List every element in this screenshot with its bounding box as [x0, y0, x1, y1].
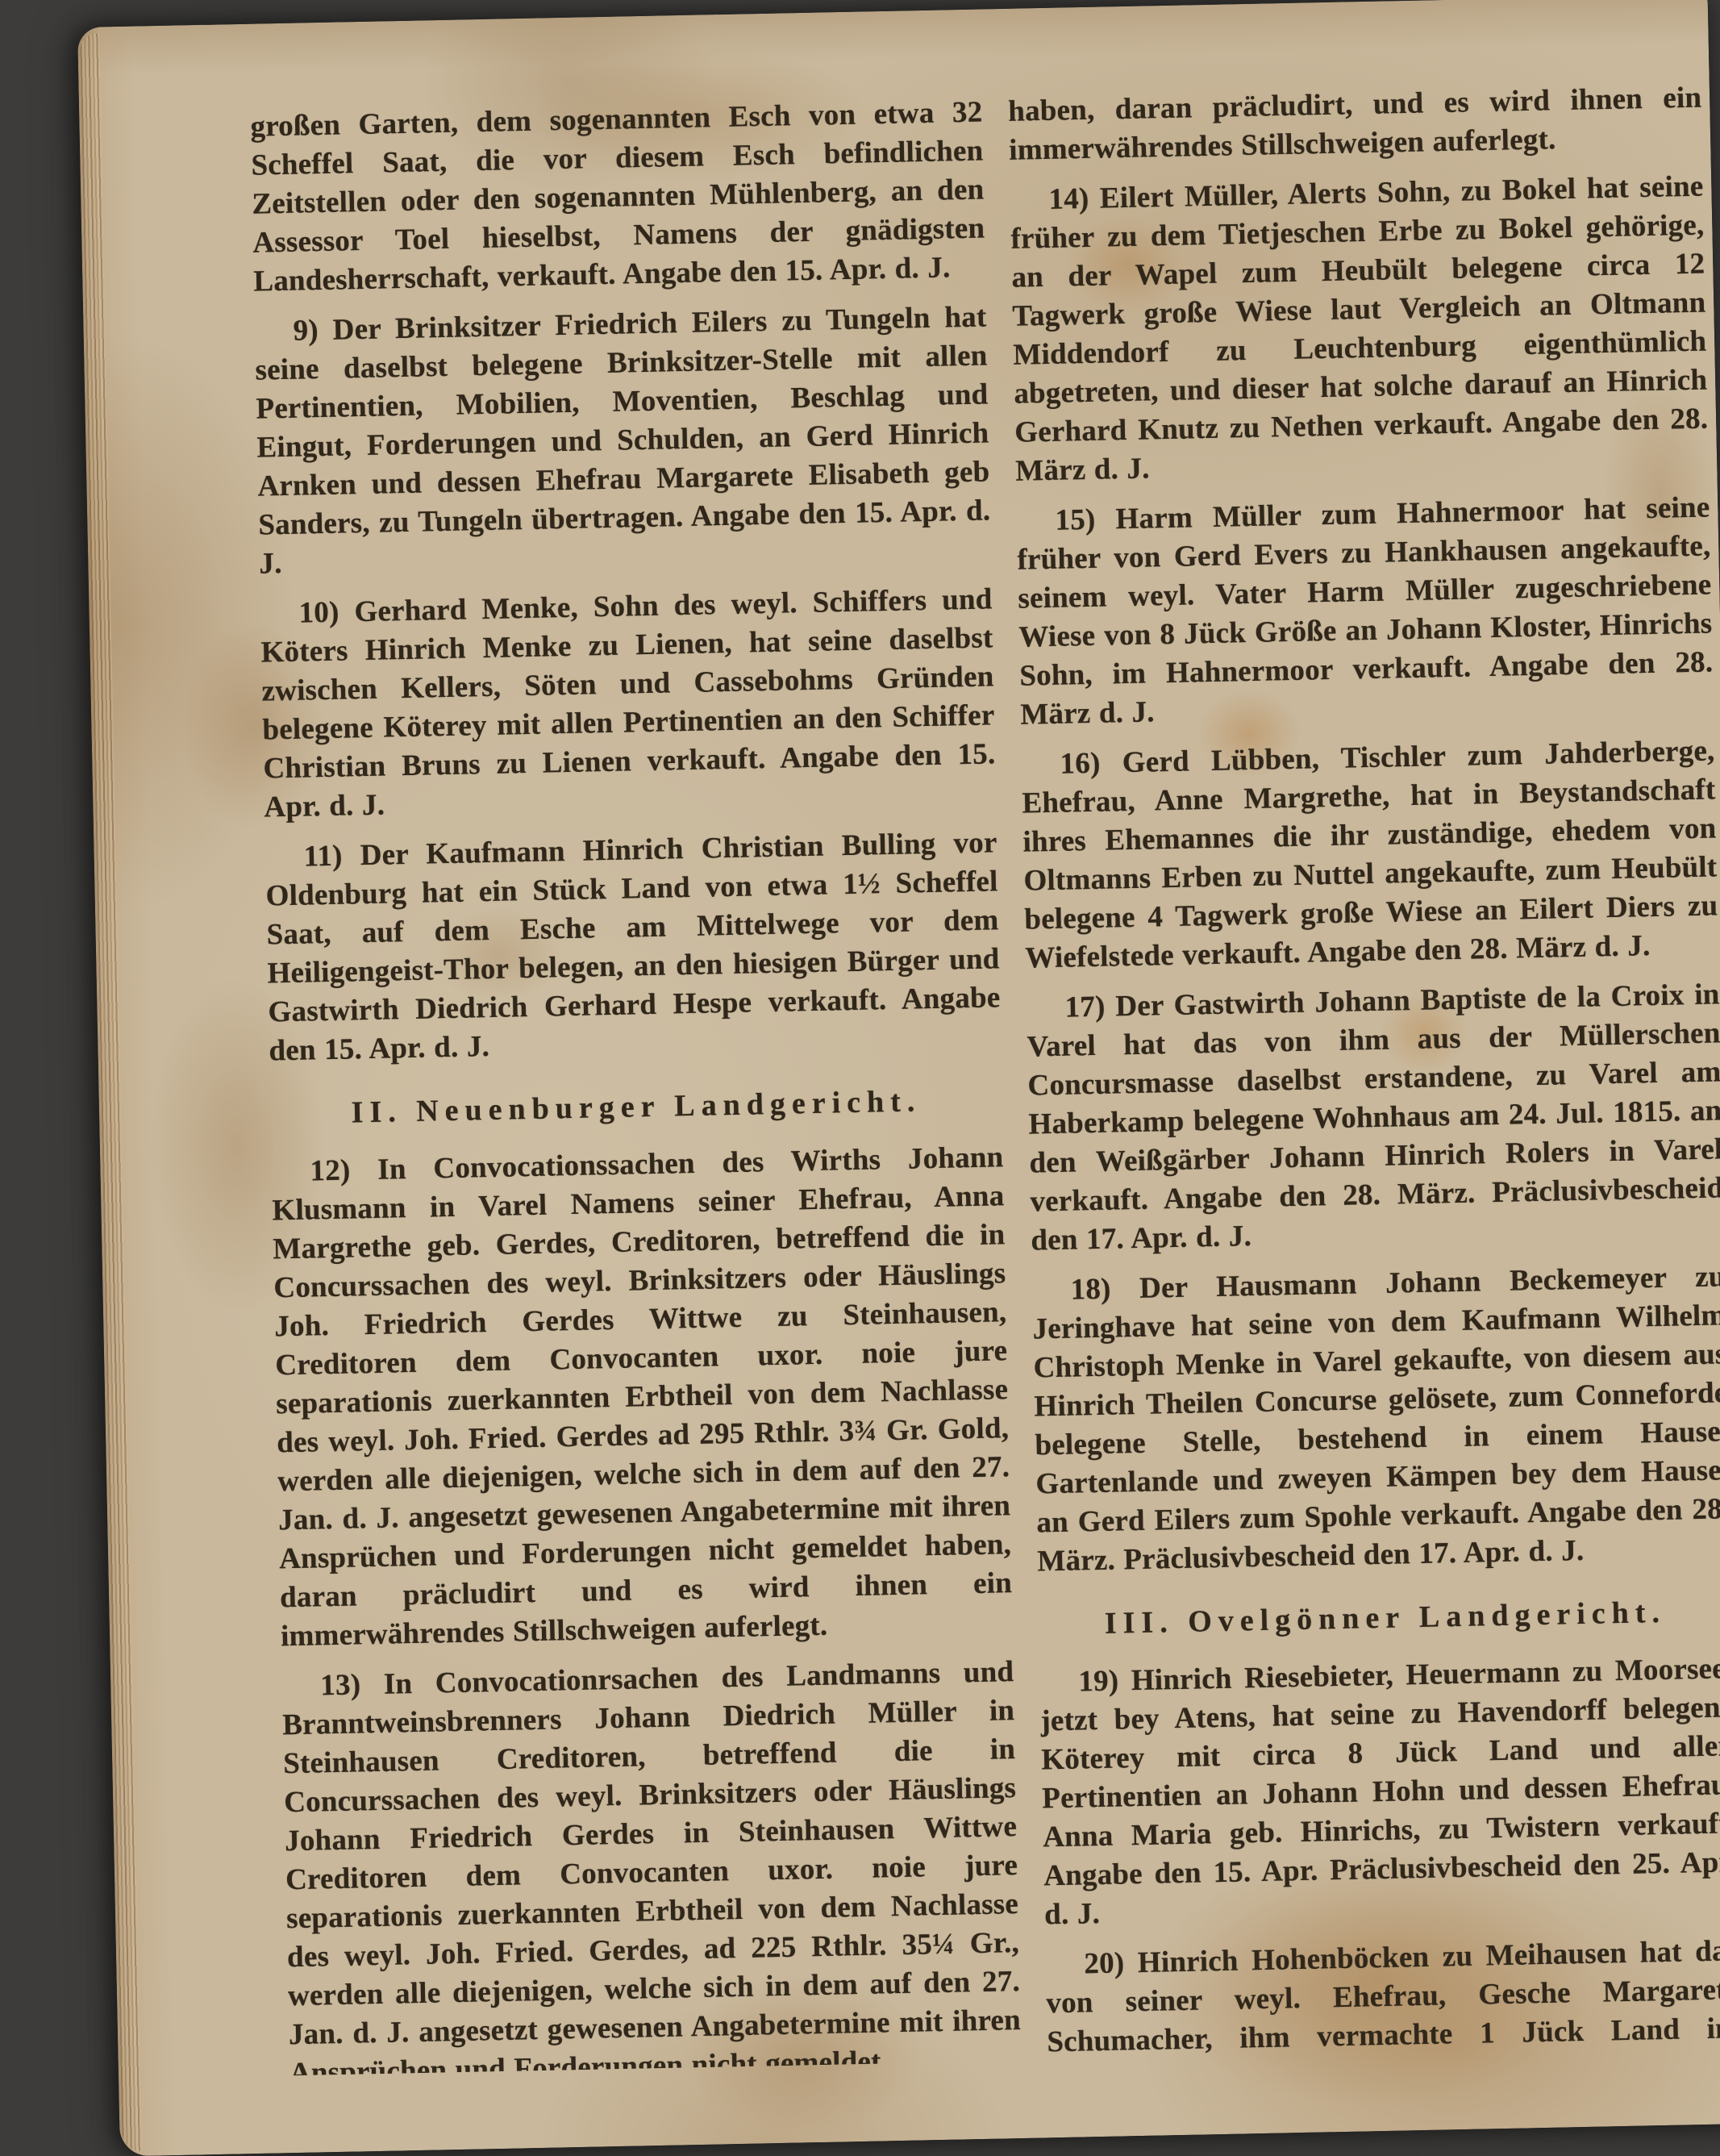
entry-12: 12) In Convocationssachen des Wirths Joh…	[271, 1138, 1013, 1656]
entry-20: 20) Hinrich Hohenböcken zu Meihausen hat…	[1045, 1932, 1720, 2060]
entry-16: 16) Gerd Lübben, Tischler zum Jahderberg…	[1021, 732, 1719, 978]
entry-11: 11) Der Kaufmann Hinrich Christian Bulli…	[264, 824, 1002, 1070]
entry-9: 9) Der Brinksitzer Friedrich Eilers zu T…	[254, 298, 992, 583]
section-heading-ovelgoenner-landgericht: III. Ovelgönner Landgericht.	[1039, 1591, 1720, 1644]
printed-text-block: großen Garten, dem sogenannten Esch von …	[250, 79, 1720, 2076]
entry-8-continuation: großen Garten, dem sogenannten Esch von …	[250, 94, 986, 302]
entry-10: 10) Gerhard Menke, Sohn des weyl. Schiff…	[260, 580, 997, 827]
book-page: großen Garten, dem sogenannten Esch von …	[77, 0, 1720, 2096]
entry-13: 13) In Convocationrsachen des Landmanns …	[281, 1653, 1022, 2075]
entry-13-continuation: haben, daran präcludirt, und es wird ihn…	[1008, 79, 1703, 170]
entry-15: 15) Harm Müller zum Hahnermoor hat seine…	[1016, 488, 1714, 734]
right-column: haben, daran präcludirt, und es wird ihn…	[1008, 79, 1720, 2061]
entry-18: 18) Der Hausmann Johann Beckemeyer zu Je…	[1031, 1257, 1720, 1581]
entry-14: 14) Eilert Müller, Alerts Sohn, zu Bokel…	[1010, 168, 1710, 491]
entry-19: 19) Hinrich Riesebieter, Heuermann zu Mo…	[1039, 1649, 1720, 1934]
section-heading-neuenburger-landgericht: II. Neuenburger Landgericht.	[270, 1080, 1003, 1133]
entry-17: 17) Der Gastwirth Johann Baptiste de la …	[1026, 975, 1720, 1260]
left-column: großen Garten, dem sogenannten Esch von …	[250, 94, 1022, 2076]
